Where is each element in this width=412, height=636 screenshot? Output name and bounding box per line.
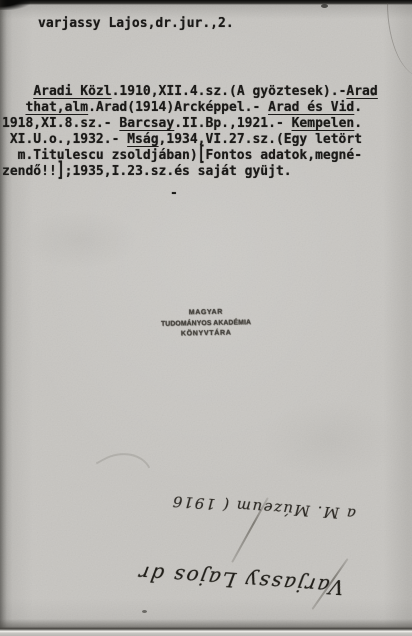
typed-segment: Arad és Vid xyxy=(268,100,354,115)
typed-segment: . xyxy=(354,116,362,131)
typed-segment: Barcsay xyxy=(119,116,174,131)
typed-segment: that,alm xyxy=(25,100,88,115)
typed-segment: .II.Bp.,1921.- xyxy=(174,116,291,131)
typed-segment: Aradi Közl xyxy=(33,84,111,99)
trailing-dash: - xyxy=(170,186,178,202)
typed-segment: ;1935,I.23.sz.és saját gyüjt. xyxy=(65,164,292,179)
paper-blotch xyxy=(20,210,140,270)
handwritten-note-bottom: Varjassy Lajos dr xyxy=(102,559,346,600)
typed-segment: Kempelen xyxy=(292,116,355,131)
stamp-line: TUDOMÁNYOS AKADÉMIA xyxy=(152,317,261,330)
paper-crease-top-right xyxy=(387,3,412,77)
typed-line: zendő!!];1935,I.23.sz.és saját gyüjt. xyxy=(2,164,378,180)
typed-line: that,alm.Arad(1914)Arcképpel.- Arad és V… xyxy=(2,100,378,116)
scanned-catalog-card: varjassy Lajos,dr.jur.,2. Aradi Közl.191… xyxy=(0,0,412,636)
scan-edge-top xyxy=(0,0,412,5)
dirt-fleck xyxy=(142,610,147,613)
stamp-line: KÖNYVTÁRA xyxy=(150,328,262,340)
typed-line: Aradi Közl.1910,XII.4.sz.(A gyöztesek).-… xyxy=(2,84,378,100)
faint-pencil-scribble xyxy=(96,441,151,489)
pencil-stroke xyxy=(231,497,269,563)
typed-segment: XI.U.o.,1932.- xyxy=(2,132,127,147)
pencil-stroke xyxy=(311,558,348,610)
typed-segment: Mság xyxy=(127,132,158,147)
typed-segment: [ xyxy=(198,143,206,168)
typed-segment: .Arad(1914)Arcképpel.- xyxy=(88,100,268,115)
library-stamp: MAGYAR TUDOMÁNYOS AKADÉMIA KÖNYVTÁRA xyxy=(150,307,263,340)
typed-segment: ,1934,VI.27.sz.(Egy letört xyxy=(159,132,363,147)
typed-segment: zendő!! xyxy=(2,164,57,179)
typed-segment: Fontos adatok,megné- xyxy=(206,148,363,163)
typed-segment: m.Titulescu zsoldjában) xyxy=(2,148,198,163)
scan-edge-bottom xyxy=(0,619,412,636)
typed-bibliography: Aradi Közl.1910,XII.4.sz.(A gyöztesek).-… xyxy=(2,84,378,180)
scan-edge-left xyxy=(0,0,7,636)
typed-line: XI.U.o.,1932.- Mság,1934,VI.27.sz.(Egy l… xyxy=(2,132,378,148)
typed-segment: .1910,XII.4.sz.(A gyöztesek).- xyxy=(112,84,347,99)
typed-segment: Arad xyxy=(346,84,377,99)
card-heading: varjassy Lajos,dr.jur.,2. xyxy=(38,16,234,32)
typed-segment: 1918,XI.8.sz.- xyxy=(2,116,119,131)
paper-blotch xyxy=(260,400,400,480)
typed-segment: ] xyxy=(57,159,65,184)
typed-segment: . xyxy=(354,100,362,115)
typed-line: 1918,XI.8.sz.- Barcsay.II.Bp.,1921.- Kem… xyxy=(2,116,378,132)
